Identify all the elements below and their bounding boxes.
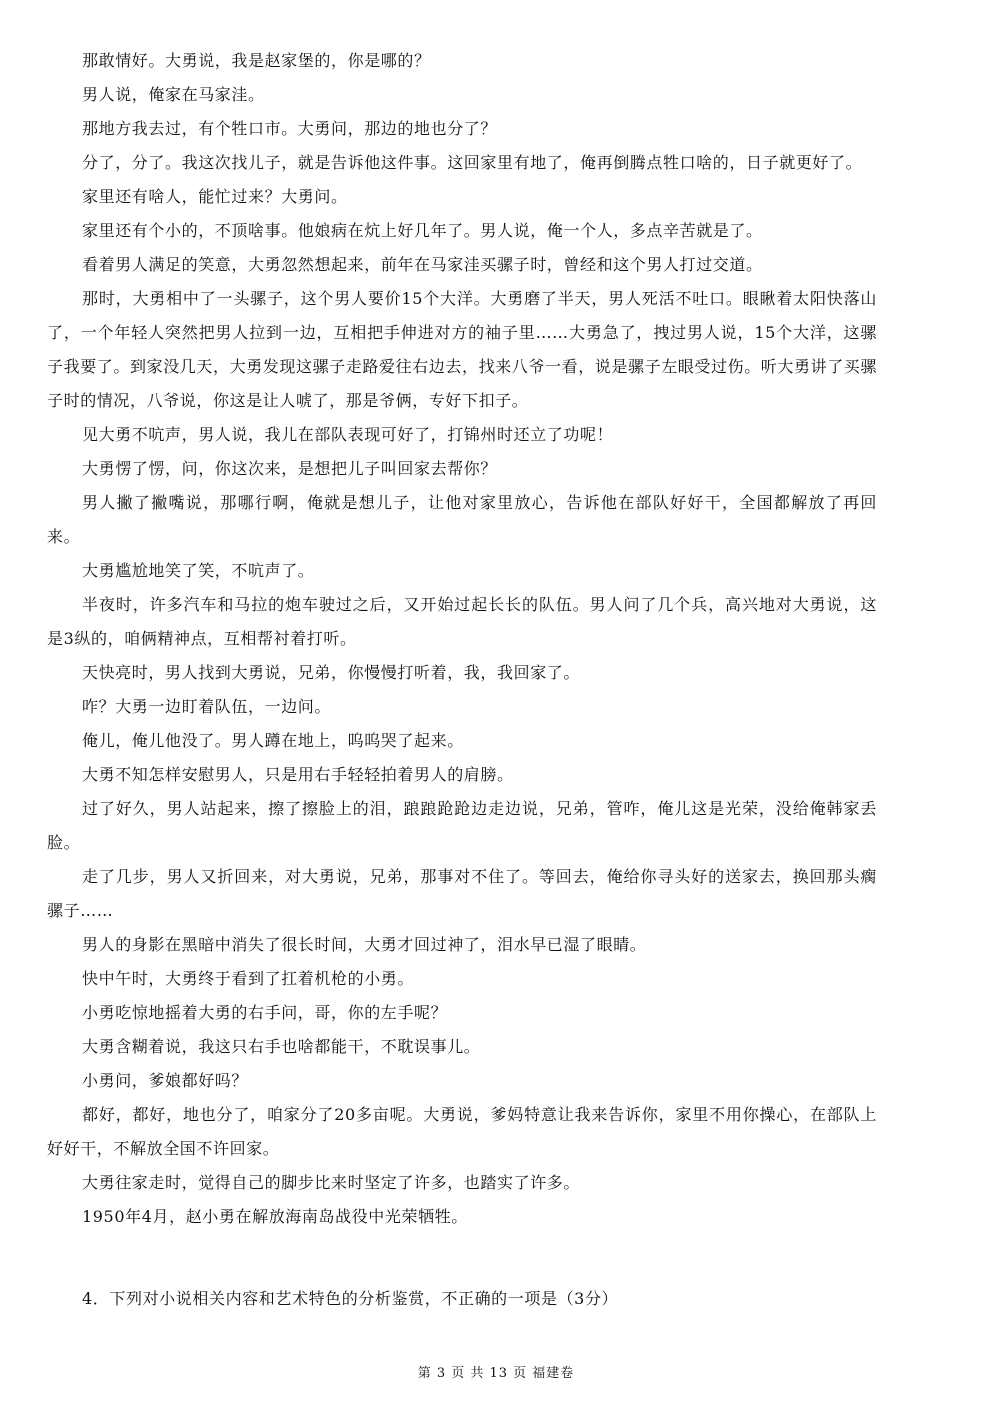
paragraph: 大勇尴尬地笑了笑，不吭声了。 [47,554,877,588]
paragraph: 大勇不知怎样安慰男人，只是用右手轻轻拍着男人的肩膀。 [47,758,877,792]
paragraph: 家里还有个小的，不顶啥事。他娘病在炕上好几年了。男人说，俺一个人，多点辛苦就是了… [47,214,877,248]
paragraph: 走了几步，男人又折回来，对大勇说，兄弟，那事对不住了。等回去，俺给你寻头好的送家… [47,860,877,928]
paragraph: 半夜时，许多汽车和马拉的炮车驶过之后，又开始过起长长的队伍。男人问了几个兵，高兴… [47,588,877,656]
question-4: 4．下列对小说相关内容和艺术特色的分析鉴赏，不正确的一项是（3分） [47,1282,877,1316]
paragraph: 那地方我去过，有个牲口市。大勇问，那边的地也分了？ [47,112,877,146]
paragraph: 快中午时，大勇终于看到了扛着机枪的小勇。 [47,962,877,996]
paragraph: 咋？大勇一边盯着队伍，一边问。 [47,690,877,724]
paragraph: 俺儿，俺儿他没了。男人蹲在地上，呜呜哭了起来。 [47,724,877,758]
paragraph: 那时，大勇相中了一头骡子，这个男人要价15个大洋。大勇磨了半天，男人死活不吐口。… [47,282,877,418]
paragraph: 小勇问，爹娘都好吗？ [47,1064,877,1098]
paragraph: 1950年4月，赵小勇在解放海南岛战役中光荣牺牲。 [47,1200,877,1234]
paragraph: 小勇吃惊地摇着大勇的右手问，哥，你的左手呢？ [47,996,877,1030]
paragraph: 大勇往家走时，觉得自己的脚步比来时坚定了许多，也踏实了许多。 [47,1166,877,1200]
story-text: 那敢情好。大勇说，我是赵家堡的，你是哪的？ 男人说，俺家在马家洼。 那地方我去过… [47,44,877,1234]
paragraph: 大勇含糊着说，我这只右手也啥都能干，不耽误事儿。 [47,1030,877,1064]
paragraph: 见大勇不吭声，男人说，我儿在部队表现可好了，打锦州时还立了功呢！ [47,418,877,452]
paragraph: 天快亮时，男人找到大勇说，兄弟，你慢慢打听着，我，我回家了。 [47,656,877,690]
paragraph: 看着男人满足的笑意，大勇忽然想起来，前年在马家洼买骡子时，曾经和这个男人打过交道… [47,248,877,282]
paragraph: 家里还有啥人，能忙过来？大勇问。 [47,180,877,214]
paragraph: 分了，分了。我这次找儿子，就是告诉他这件事。这回家里有地了，俺再倒腾点牲口啥的，… [47,146,877,180]
paragraph: 那敢情好。大勇说，我是赵家堡的，你是哪的？ [47,44,877,78]
paragraph: 男人撇了撇嘴说，那哪行啊，俺就是想儿子，让他对家里放心，告诉他在部队好好干，全国… [47,486,877,554]
paragraph: 男人的身影在黑暗中消失了很长时间，大勇才回过神了，泪水早已湿了眼睛。 [47,928,877,962]
paragraph: 大勇愣了愣，问，你这次来，是想把儿子叫回家去帮你？ [47,452,877,486]
page-footer: 第 3 页 共 13 页 福建卷 [0,1362,992,1381]
paragraph: 男人说，俺家在马家洼。 [47,78,877,112]
document-page: 那敢情好。大勇说，我是赵家堡的，你是哪的？ 男人说，俺家在马家洼。 那地方我去过… [47,44,877,1332]
paragraph: 过了好久，男人站起来，擦了擦脸上的泪，踉踉跄跄边走边说，兄弟，管咋，俺儿这是光荣… [47,792,877,860]
paragraph: 都好，都好，地也分了，咱家分了20多亩呢。大勇说，爹妈特意让我来告诉你，家里不用… [47,1098,877,1166]
